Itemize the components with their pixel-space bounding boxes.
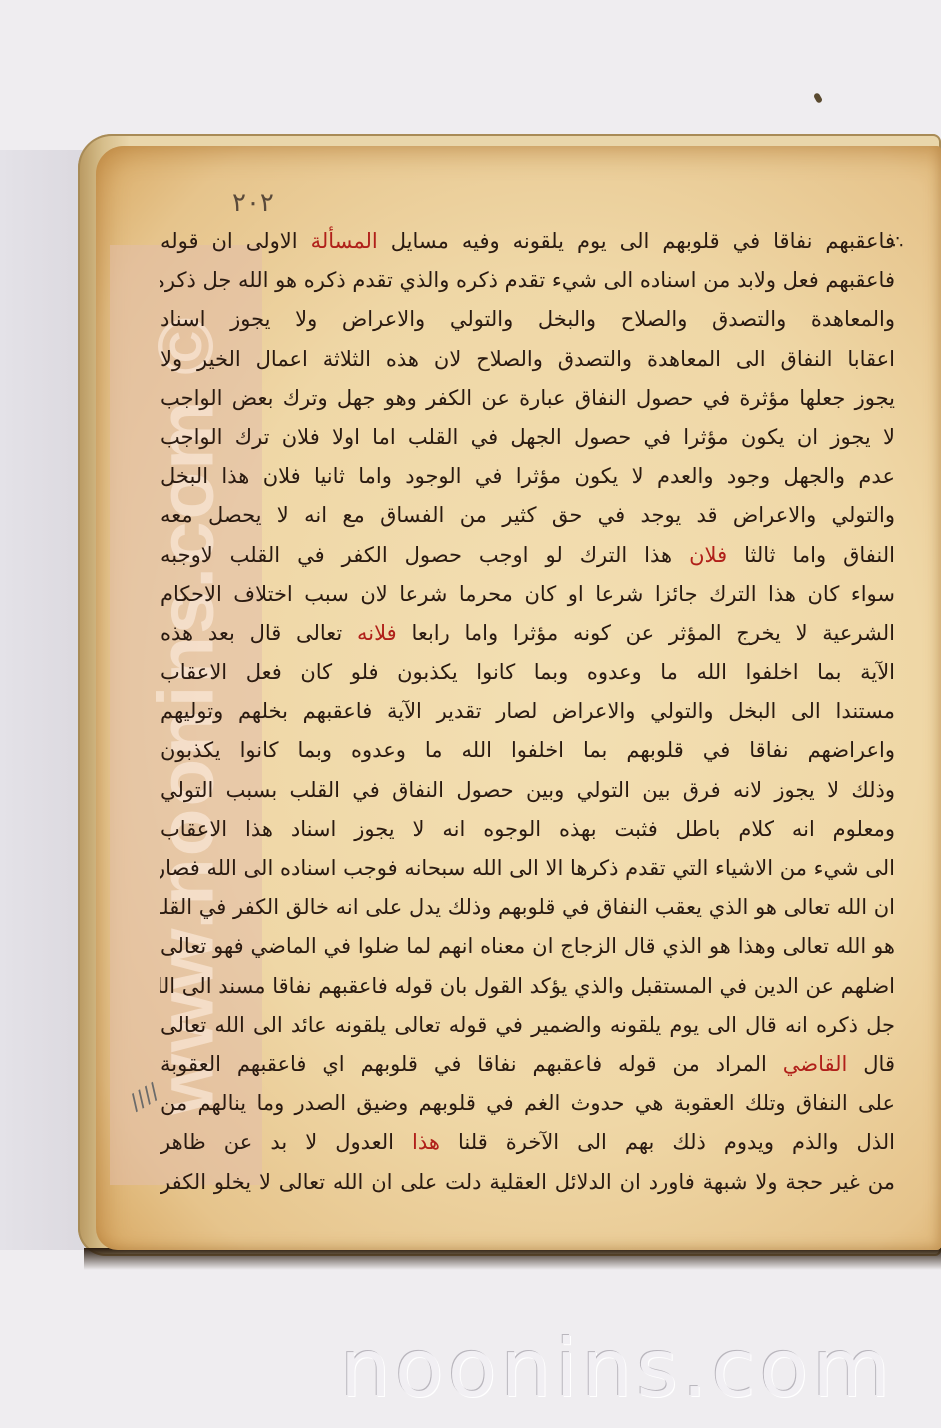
text-line: يجوز جعلها مؤثرة في حصول النفاق عبارة عن… [160, 379, 895, 418]
line-text: النفاق واما ثالثا [744, 543, 895, 567]
line-text: ومعلوم انه كلام باطل فثبت بهذه الوجوه ان… [160, 817, 895, 841]
line-text-continued: المراد من قوله فاعقبهم نفاقا في قلوبهم ا… [160, 1052, 767, 1076]
line-text: الشرعية لا يخرج المؤثر عن كونه مؤثرا وام… [411, 621, 895, 645]
line-text-continued: الاولى ان قوله [160, 229, 298, 253]
text-line: الذل والذم ويدوم ذلك بهم الى الآخرة قلنا… [160, 1123, 895, 1162]
rubric-word: هذا [412, 1130, 440, 1154]
text-line: ان الله تعالى هو الذي يعقب النفاق في قلو… [160, 888, 895, 927]
line-text: من غير حجة ولا شبهة فاورد ان الدلائل الع… [160, 1170, 895, 1194]
line-text: ان الله تعالى هو الذي يعقب النفاق في قلو… [160, 895, 895, 919]
text-line: من غير حجة ولا شبهة فاورد ان الدلائل الع… [160, 1163, 895, 1202]
text-line: اعقابا النفاق الى المعاهدة والتصدق والصل… [160, 340, 895, 379]
rubric-word: القاضي [783, 1052, 848, 1076]
text-line: هو الله تعالى وهذا هو الذي قال الزجاج ان… [160, 927, 895, 966]
bottom-watermark: noonins.com [340, 1322, 894, 1415]
rubric-word: المسألة [311, 229, 378, 253]
text-line: اضلهم عن الدين في المستقبل والذي يؤكد ال… [160, 967, 895, 1006]
line-text: الى شيء من الاشياء التي تقدم ذكرها الا ا… [160, 856, 895, 880]
text-line: الآية بما اخلفوا الله ما وعدوه وبما كانو… [160, 653, 895, 692]
text-line: فاعقبهم فعل ولابد من اسناده الى شيء تقدم… [160, 261, 895, 300]
text-line: والتولي والاعراض قد يوجد في حق كثير من ا… [160, 496, 895, 535]
text-line: وذلك لا يجوز لانه فرق بين التولي وبين حص… [160, 771, 895, 810]
line-text-continued: هذا الترك لو اوجب حصول الكفر في القلب لا… [160, 543, 672, 567]
text-line: قال القاضي المراد من قوله فاعقبهم نفاقا … [160, 1045, 895, 1084]
line-text: عدم والجهل وجود والعدم لا يكون مؤثرا في … [160, 464, 895, 488]
line-text: لا يجوز ان يكون مؤثرا في حصول الجهل في ا… [160, 425, 895, 449]
line-text: الآية بما اخلفوا الله ما وعدوه وبما كانو… [160, 660, 895, 684]
text-line: لا يجوز ان يكون مؤثرا في حصول الجهل في ا… [160, 418, 895, 457]
line-text: اعقابا النفاق الى المعاهدة والتصدق والصل… [160, 347, 895, 371]
rubric-word: فلان [689, 543, 727, 567]
line-text: جل ذكره انه قال الى يوم يلقونه والضمير ف… [160, 1013, 895, 1037]
text-line: واعراضهم نفاقا في قلوبهم بما اخلفوا الله… [160, 731, 895, 770]
line-text: على النفاق وتلك العقوبة هي حدوث الغم في … [160, 1091, 895, 1115]
line-text: والتولي والاعراض قد يوجد في حق كثير من ا… [160, 503, 895, 527]
text-line: الشرعية لا يخرج المؤثر عن كونه مؤثرا وام… [160, 614, 895, 653]
line-text: الذل والذم ويدوم ذلك بهم الى الآخرة قلنا [458, 1130, 895, 1154]
text-line: على النفاق وتلك العقوبة هي حدوث الغم في … [160, 1084, 895, 1123]
line-text: فاعقبهم فعل ولابد من اسناده الى شيء تقدم… [160, 268, 895, 292]
manuscript-text: فاعقبهم نفاقا في قلوبهم الى يوم يلقونه و… [160, 222, 895, 1202]
line-text: سواء كان هذا الترك جائزا شرعا او كان محر… [160, 582, 895, 606]
text-line: والمعاهدة والتصدق والصلاح والبخل والتولي… [160, 300, 895, 339]
text-line: فاعقبهم نفاقا في قلوبهم الى يوم يلقونه و… [160, 222, 895, 261]
line-text-continued: تعالى قال بعد هذه [160, 621, 342, 645]
text-line: سواء كان هذا الترك جائزا شرعا او كان محر… [160, 575, 895, 614]
text-line: ومعلوم انه كلام باطل فثبت بهذه الوجوه ان… [160, 810, 895, 849]
line-text: قال [863, 1052, 895, 1076]
line-text: هو الله تعالى وهذا هو الذي قال الزجاج ان… [160, 934, 895, 958]
line-text: والمعاهدة والتصدق والصلاح والبخل والتولي… [160, 307, 895, 331]
line-text: مستندا الى البخل والتولي والاعراض لصار ت… [160, 699, 895, 723]
ink-spot [813, 92, 823, 104]
text-line: عدم والجهل وجود والعدم لا يكون مؤثرا في … [160, 457, 895, 496]
line-text: يجوز جعلها مؤثرة في حصول النفاق عبارة عن… [160, 386, 895, 410]
line-text-continued: العدول لا بد عن ظاهر [160, 1130, 394, 1154]
text-line: مستندا الى البخل والتولي والاعراض لصار ت… [160, 692, 895, 731]
line-text: اضلهم عن الدين في المستقبل والذي يؤكد ال… [160, 974, 895, 998]
text-line: النفاق واما ثالثا فلان هذا الترك لو اوجب… [160, 536, 895, 575]
folio-number: ٢٠٢ [232, 188, 274, 218]
line-text: فاعقبهم نفاقا في قلوبهم الى يوم يلقونه و… [391, 229, 895, 253]
line-text: واعراضهم نفاقا في قلوبهم بما اخلفوا الله… [160, 738, 895, 762]
line-text: وذلك لا يجوز لانه فرق بين التولي وبين حص… [160, 778, 895, 802]
text-line: جل ذكره انه قال الى يوم يلقونه والضمير ف… [160, 1006, 895, 1045]
book-bottom-shadow [84, 1248, 941, 1270]
text-line: الى شيء من الاشياء التي تقدم ذكرها الا ا… [160, 849, 895, 888]
rubric-word: فلانه [357, 621, 397, 645]
